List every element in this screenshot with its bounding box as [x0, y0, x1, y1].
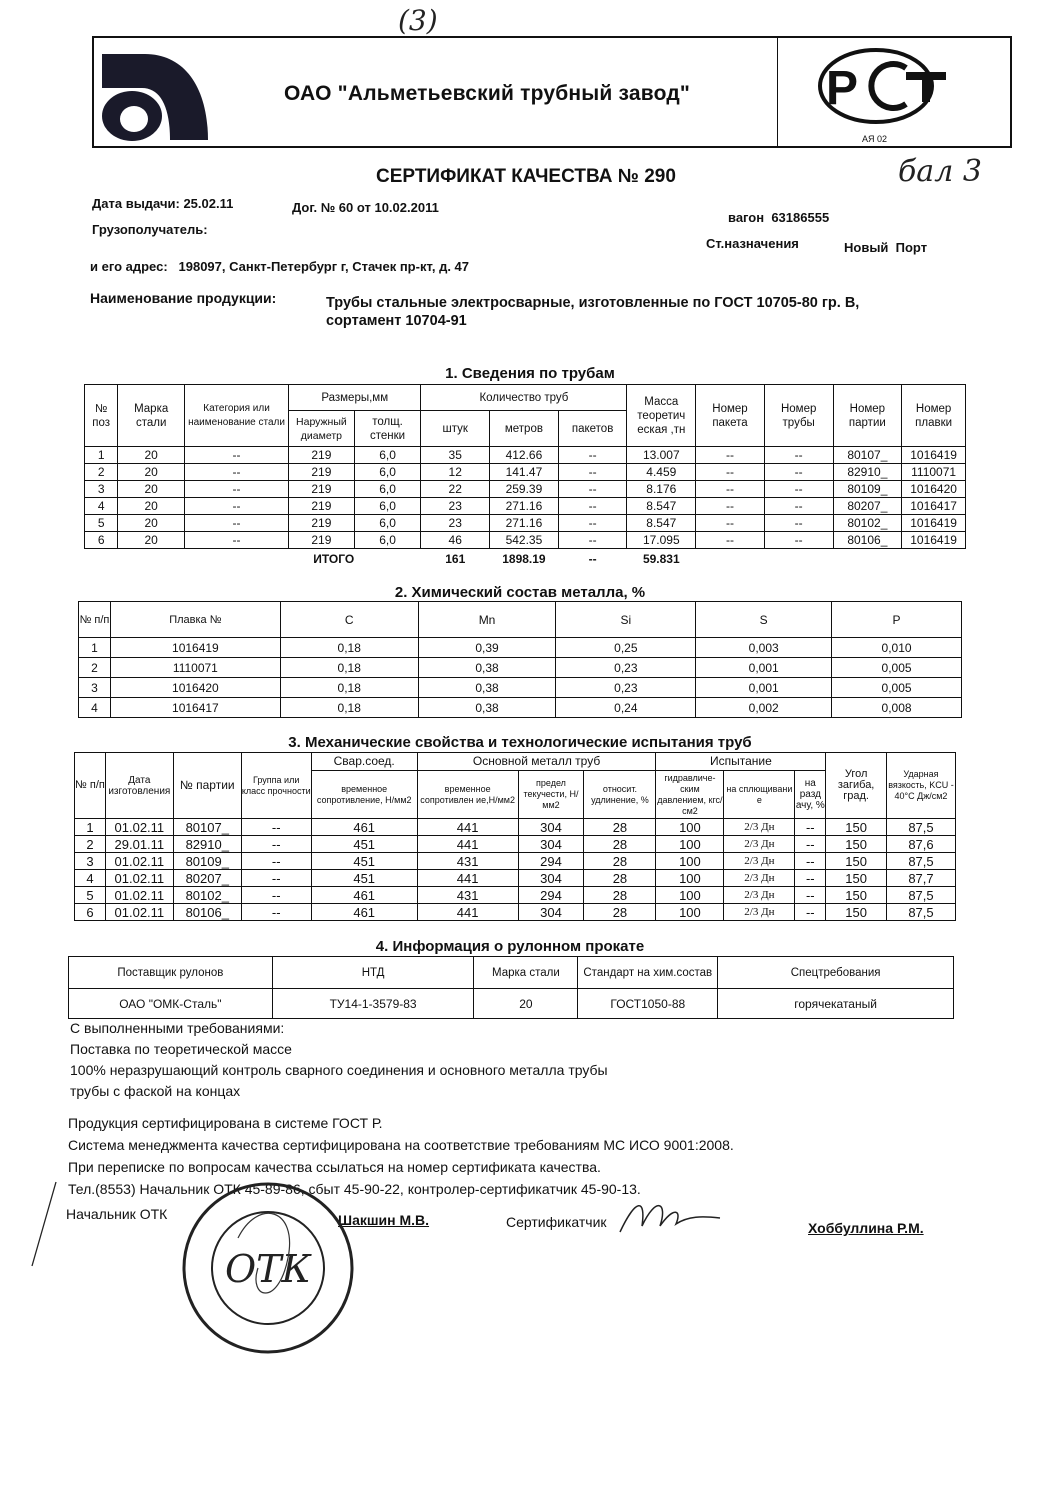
table-cell: --	[241, 819, 311, 836]
table-cell: 1	[79, 638, 111, 658]
table-cell: 441	[417, 904, 518, 921]
footer-note-line: При переписке по вопросам качества ссыла…	[68, 1156, 734, 1178]
table-cell: 304	[518, 836, 584, 853]
table-cell: 0,38	[418, 698, 556, 718]
col-flat: на сплющивани е	[724, 771, 795, 819]
col-expand: на разд ачу, %	[795, 771, 826, 819]
table-cell: 271.16	[490, 515, 559, 532]
table-cell: 1016419	[902, 532, 966, 549]
table-row: 601.02.1180106_--461441304281002/3 Дн--1…	[75, 904, 956, 921]
table-cell: --	[241, 904, 311, 921]
table-cell: --	[185, 464, 289, 481]
table-cell: 20	[118, 532, 185, 549]
col-pos: № поз	[85, 385, 118, 447]
col-sizes: Размеры,мм	[289, 385, 421, 411]
table-cell: --	[185, 515, 289, 532]
table-cell: 20	[118, 481, 185, 498]
table-row: 120--2196,035412.66--13.007----80107_101…	[85, 447, 966, 464]
table-cell: 28	[584, 819, 656, 836]
table-cell: 28	[584, 853, 656, 870]
pen-stroke-icon	[28, 1180, 58, 1270]
table-cell: 2/3 Дн	[724, 904, 795, 921]
letterhead: ОАО "Альметьевский трубный завод" P АЯ 0…	[92, 36, 1012, 148]
col-date: Дата изготовления	[105, 753, 173, 819]
col-hydro: гидравличе-ским давлением, кгс/см2	[656, 771, 724, 819]
col-base-ts: временное сопротивлен ие,Н/мм2	[417, 771, 518, 819]
table-cell: 461	[311, 904, 417, 921]
table-cell: 431	[417, 853, 518, 870]
table-cell: 6,0	[354, 447, 421, 464]
table-cell: --	[558, 515, 627, 532]
table-cell: 87,5	[886, 887, 955, 904]
table-cell: 82910_	[833, 464, 902, 481]
table-cell: 0,18	[280, 678, 418, 698]
column-header: Плавка №	[110, 602, 280, 638]
table-cell: 6	[85, 532, 118, 549]
table-row: 320--2196,022259.39--8.176----80109_1016…	[85, 481, 966, 498]
table-cell: 4	[79, 698, 111, 718]
table-cell: 219	[289, 481, 355, 498]
table-cell: 2/3 Дн	[724, 819, 795, 836]
table-cell: 13.007	[627, 447, 696, 464]
table-cell: 0,001	[696, 658, 832, 678]
table-cell: 80107_	[833, 447, 902, 464]
table-cell: 100	[656, 836, 724, 853]
coil-table: Поставщик рулоновНТДМарка сталиСтандарт …	[68, 956, 954, 1019]
table-cell: 219	[289, 498, 355, 515]
col-meters: метров	[490, 411, 559, 447]
table-cell: 6,0	[354, 498, 421, 515]
table-cell: --	[241, 853, 311, 870]
table-row: 110164190,180,390,250,0030,010	[79, 638, 962, 658]
col-mass: Масса теоретич еская ,тн	[627, 385, 696, 447]
requirement-line: трубы с фаской на концах	[70, 1081, 608, 1102]
table-cell: 2	[79, 658, 111, 678]
col-wall: толщ. стенки	[354, 411, 421, 447]
table-cell: --	[558, 532, 627, 549]
table-cell: 23	[421, 498, 490, 515]
table-cell: 0,005	[832, 678, 962, 698]
table-cell: --	[696, 464, 765, 481]
table-cell: 87,5	[886, 853, 955, 870]
table-cell: 01.02.11	[105, 853, 173, 870]
table-cell: 0,39	[418, 638, 556, 658]
table-cell: 1	[75, 819, 106, 836]
table-cell: 0,002	[696, 698, 832, 718]
certifier-name: Хоббуллина Р.М.	[808, 1220, 924, 1236]
table-cell: 2	[75, 836, 106, 853]
table-cell: 0,23	[556, 678, 696, 698]
consignee-address: и его адрес: 198097, Санкт-Петербург г, …	[90, 259, 469, 274]
table-cell: 150	[826, 819, 887, 836]
table-row: 410164170,180,380,240,0020,008	[79, 698, 962, 718]
consignee-label: Грузополучатель:	[92, 222, 208, 237]
table-cell: 0,23	[556, 658, 696, 678]
issue-date: Дата выдачи: 25.02.11	[92, 196, 233, 211]
table-cell: --	[696, 532, 765, 549]
table-cell: 01.02.11	[105, 904, 173, 921]
cert-mark-code: АЯ 02	[862, 134, 887, 144]
table-cell: 5	[85, 515, 118, 532]
certificate-title: СЕРТИФИКАТ КАЧЕСТВА № 290	[376, 166, 676, 188]
product-name: Трубы стальные электросварные, изготовле…	[326, 294, 859, 330]
table-cell: 80109_	[833, 481, 902, 498]
table-cell: 1016419	[110, 638, 280, 658]
total-row: ИТОГО 161 1898.19 -- 59.831	[85, 549, 966, 569]
table-cell: 0,001	[696, 678, 832, 698]
col-pack-no: Номер пакета	[696, 385, 765, 447]
table-cell: --	[764, 447, 833, 464]
col-group: Группа или класс прочности	[241, 753, 311, 819]
table-cell: 2/3 Дн	[724, 836, 795, 853]
table-cell: 20	[118, 447, 185, 464]
table-cell: 80107_	[173, 819, 241, 836]
table-cell: 3	[85, 481, 118, 498]
table-cell: 80207_	[833, 498, 902, 515]
table-row: 310164200,180,380,230,0010,005	[79, 678, 962, 698]
column-header: Si	[556, 602, 696, 638]
table-cell: 1110071	[110, 658, 280, 678]
company-logo-icon	[100, 48, 210, 142]
table-cell: ГОСТ1050-88	[578, 989, 718, 1019]
table-cell: 451	[311, 870, 417, 887]
table-cell: 1016417	[110, 698, 280, 718]
destination-station-label: Ст.назначения	[706, 236, 799, 251]
table-cell: 0,18	[280, 698, 418, 718]
table-cell: 441	[417, 870, 518, 887]
footer-notes: Продукция сертифицирована в системе ГОСТ…	[68, 1112, 734, 1200]
table-cell: 150	[826, 904, 887, 921]
table-cell: --	[764, 498, 833, 515]
table-cell: --	[696, 515, 765, 532]
table-row: 420--2196,023271.16--8.547----80207_1016…	[85, 498, 966, 515]
table-cell: 461	[311, 819, 417, 836]
requirement-line: 100% неразрушающий контроль сварного сое…	[70, 1060, 608, 1081]
table-cell: --	[185, 498, 289, 515]
col-weld-ts: временное сопротивление, Н/мм2	[311, 771, 417, 819]
table-cell: 0,010	[832, 638, 962, 658]
table-cell: 150	[826, 870, 887, 887]
table-cell: 20	[118, 498, 185, 515]
table-cell: ОАО "ОМК-Сталь"	[69, 989, 273, 1019]
column-header: P	[832, 602, 962, 638]
table-cell: 0,003	[696, 638, 832, 658]
col-pcs: штук	[421, 411, 490, 447]
table-cell: горячекатаный	[718, 989, 954, 1019]
rst-certification-icon: P	[814, 46, 954, 126]
qc-stamp-icon: ОТК	[178, 1178, 358, 1358]
col-od: Наружный диаметр	[289, 411, 355, 447]
table-cell: 80106_	[833, 532, 902, 549]
destination-station: Новый Порт	[844, 240, 927, 255]
table-cell: --	[795, 870, 826, 887]
table-cell: 0,24	[556, 698, 696, 718]
column-header: № п/п	[79, 602, 111, 638]
table-cell: 23	[421, 515, 490, 532]
column-header: Марка стали	[474, 957, 578, 989]
table-cell: 441	[417, 819, 518, 836]
table4-title: 4. Информация о рулонном прокате	[340, 938, 680, 955]
table-cell: 22	[421, 481, 490, 498]
table-cell: 219	[289, 532, 355, 549]
svg-text:P: P	[826, 62, 858, 115]
pipes-table: № поз Марка стали Категория или наименов…	[84, 384, 966, 569]
column-header: C	[280, 602, 418, 638]
footer-note-line: Система менеджмента качества сертифициро…	[68, 1134, 734, 1156]
company-name: ОАО "Альметьевский трубный завод"	[284, 82, 690, 106]
table-row: 220--2196,012141.47--4.459----82910_1110…	[85, 464, 966, 481]
table-cell: 219	[289, 515, 355, 532]
column-header: Спецтребования	[718, 957, 954, 989]
table-cell: 80109_	[173, 853, 241, 870]
table-cell: 461	[311, 887, 417, 904]
table-cell: --	[795, 819, 826, 836]
column-header: S	[696, 602, 832, 638]
table-cell: 8.547	[627, 515, 696, 532]
table-cell: 6	[75, 904, 106, 921]
table-cell: --	[185, 447, 289, 464]
table-cell: 6,0	[354, 532, 421, 549]
table-cell: 8.547	[627, 498, 696, 515]
table-cell: 150	[826, 887, 887, 904]
table-cell: 17.095	[627, 532, 696, 549]
table-cell: 1016420	[110, 678, 280, 698]
table-cell: 8.176	[627, 481, 696, 498]
table-cell: 271.16	[490, 498, 559, 515]
table-cell: 2	[85, 464, 118, 481]
table-cell: --	[558, 481, 627, 498]
table-cell: 87,7	[886, 870, 955, 887]
col-elong: относит. удлинение, %	[584, 771, 656, 819]
table-row: 520--2196,023271.16--8.547----80102_1016…	[85, 515, 966, 532]
table-cell: --	[795, 836, 826, 853]
table-cell: 87,6	[886, 836, 955, 853]
requirement-line: С выполненными требованиями:	[70, 1018, 608, 1039]
table-cell: --	[241, 887, 311, 904]
table-cell: 28	[584, 904, 656, 921]
table-cell: 2/3 Дн	[724, 853, 795, 870]
table-cell: 219	[289, 464, 355, 481]
table-cell: 0,38	[418, 678, 556, 698]
col-qty: Количество труб	[421, 385, 627, 411]
table-cell: 1	[85, 447, 118, 464]
col-pipe-no: Номер трубы	[764, 385, 833, 447]
mechanical-table: № п/п Дата изготовления № партии Группа …	[74, 752, 956, 921]
table-cell: 4	[85, 498, 118, 515]
table-cell: 150	[826, 853, 887, 870]
table-cell: --	[795, 904, 826, 921]
table-cell: 100	[656, 887, 724, 904]
table-cell: 28	[584, 870, 656, 887]
table-cell: 2/3 Дн	[724, 887, 795, 904]
footer-note-line: Продукция сертифицирована в системе ГОСТ…	[68, 1112, 734, 1134]
table-cell: 46	[421, 532, 490, 549]
table-cell: 0,005	[832, 658, 962, 678]
table-row: 211100710,180,380,230,0010,005	[79, 658, 962, 678]
certifier-label: Сертификатчик	[506, 1214, 607, 1230]
table-cell: 1016419	[902, 515, 966, 532]
table-cell: --	[241, 836, 311, 853]
requirements: С выполненными требованиями:Поставка по …	[70, 1018, 608, 1102]
table-cell: 100	[656, 819, 724, 836]
col-yield: предел текучести, Н/мм2	[518, 771, 584, 819]
table-cell: 20	[118, 515, 185, 532]
table-cell: 4.459	[627, 464, 696, 481]
table-cell: 441	[417, 836, 518, 853]
svg-text:ОТК: ОТК	[225, 1247, 312, 1291]
table-cell: 304	[518, 870, 584, 887]
table-cell: 412.66	[490, 447, 559, 464]
column-header: НТД	[272, 957, 474, 989]
qc-head-label: Начальник ОТК	[66, 1206, 167, 1222]
table-cell: 80102_	[173, 887, 241, 904]
table-cell: 28	[584, 836, 656, 853]
col-packs: пакетов	[558, 411, 627, 447]
table-row: 229.01.1182910_--451441304281002/3 Дн--1…	[75, 836, 956, 853]
table-cell: 100	[656, 870, 724, 887]
table-cell: 5	[75, 887, 106, 904]
table-cell: 100	[656, 853, 724, 870]
col-category: Категория или наименование стали	[185, 385, 289, 447]
table-cell: 87,5	[886, 904, 955, 921]
table-cell: 01.02.11	[105, 870, 173, 887]
table-cell: 294	[518, 887, 584, 904]
col-lot: № партии	[173, 753, 241, 819]
table-cell: 1016419	[902, 447, 966, 464]
table-cell: 80106_	[173, 904, 241, 921]
table-cell: 35	[421, 447, 490, 464]
table-row: 301.02.1180109_--451431294281002/3 Дн--1…	[75, 853, 956, 870]
table-cell: 150	[826, 836, 887, 853]
table-cell: 1016420	[902, 481, 966, 498]
table-cell: 80102_	[833, 515, 902, 532]
table-cell: --	[558, 498, 627, 515]
column-header: Стандарт на хим.состав	[578, 957, 718, 989]
table-cell: --	[696, 481, 765, 498]
table-cell: --	[558, 464, 627, 481]
table-cell: 82910_	[173, 836, 241, 853]
table-cell: 3	[79, 678, 111, 698]
table-cell: 3	[75, 853, 106, 870]
table-cell: 219	[289, 447, 355, 464]
table-cell: 0,18	[280, 638, 418, 658]
table-cell: 451	[311, 836, 417, 853]
col-grade: Марка стали	[118, 385, 185, 447]
table-cell: 01.02.11	[105, 887, 173, 904]
table-cell: --	[795, 853, 826, 870]
table-cell: 0,38	[418, 658, 556, 678]
col-bend: Угол загиба, град.	[826, 753, 887, 819]
wagon-number: вагон 63186555	[728, 210, 829, 225]
table-cell: 0,18	[280, 658, 418, 678]
table-cell: 451	[311, 853, 417, 870]
table-cell: 0,008	[832, 698, 962, 718]
table-row: 101.02.1180107_--461441304281002/3 Дн--1…	[75, 819, 956, 836]
table-cell: --	[795, 887, 826, 904]
table-cell: 304	[518, 904, 584, 921]
col-base-metal: Основной металл труб	[417, 753, 656, 771]
table3-title: 3. Механические свойства и технологическ…	[260, 734, 780, 751]
table-cell: 28	[584, 887, 656, 904]
table-cell: 542.35	[490, 532, 559, 549]
handwritten-mark: бал 3	[898, 154, 982, 189]
chemistry-table: № п/пПлавка №CMnSiSP 110164190,180,390,2…	[78, 601, 962, 718]
column-header: Mn	[418, 602, 556, 638]
col-impact: Ударная вязкость, KCU - 40°C Дж/см2	[886, 753, 955, 819]
table-cell: 6,0	[354, 481, 421, 498]
table-cell: --	[696, 447, 765, 464]
column-header: Поставщик рулонов	[69, 957, 273, 989]
table-cell: --	[185, 532, 289, 549]
contract-number: Дог. № 60 от 10.02.2011	[292, 200, 439, 215]
col-num: № п/п	[75, 753, 106, 819]
table-cell: 259.39	[490, 481, 559, 498]
table-cell: 1110071	[902, 464, 966, 481]
table-cell: --	[558, 447, 627, 464]
handwritten-page-number: (3)	[398, 4, 438, 37]
table-cell: 0,25	[556, 638, 696, 658]
table-cell: --	[185, 481, 289, 498]
table-cell: --	[696, 498, 765, 515]
col-weld: Свар.соед.	[311, 753, 417, 771]
table-cell: 431	[417, 887, 518, 904]
table-cell: 01.02.11	[105, 819, 173, 836]
table-row: 620--2196,046542.35--17.095----80106_101…	[85, 532, 966, 549]
table-cell: 100	[656, 904, 724, 921]
table-cell: 6,0	[354, 515, 421, 532]
table-cell: ТУ14-1-3579-83	[272, 989, 474, 1019]
table2-title: 2. Химический состав металла, %	[350, 584, 690, 601]
col-heat-no: Номер плавки	[902, 385, 966, 447]
table-row: 401.02.1180207_--451441304281002/3 Дн--1…	[75, 870, 956, 887]
table-cell: 20	[474, 989, 578, 1019]
table-cell: 141.47	[490, 464, 559, 481]
col-lot-no: Номер партии	[833, 385, 902, 447]
table-cell: 29.01.11	[105, 836, 173, 853]
table-cell: --	[764, 532, 833, 549]
table-cell: --	[764, 515, 833, 532]
table-cell: 12	[421, 464, 490, 481]
table-cell: --	[764, 481, 833, 498]
table-cell: 294	[518, 853, 584, 870]
requirement-line: Поставка по теоретической массе	[70, 1039, 608, 1060]
table-cell: 304	[518, 819, 584, 836]
table1-title: 1. Сведения по трубам	[420, 365, 640, 382]
table-cell: --	[241, 870, 311, 887]
table-cell: 80207_	[173, 870, 241, 887]
product-label: Наименование продукции:	[90, 290, 276, 306]
table-cell: 1016417	[902, 498, 966, 515]
table-cell: 87,5	[886, 819, 955, 836]
table-cell: --	[764, 464, 833, 481]
table-cell: 20	[118, 464, 185, 481]
table-row: 501.02.1180102_--461431294281002/3 Дн--1…	[75, 887, 956, 904]
table-cell: 2/3 Дн	[724, 870, 795, 887]
col-test: Испытание	[656, 753, 826, 771]
table-cell: 4	[75, 870, 106, 887]
certifier-signature-icon	[616, 1196, 726, 1236]
table-cell: 6,0	[354, 464, 421, 481]
